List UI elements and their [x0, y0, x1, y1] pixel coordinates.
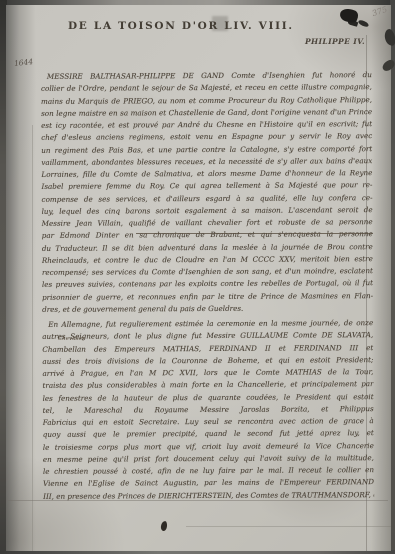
manuscript-line: par Edmond Dinter en sa chronique de Bra…	[42, 228, 373, 242]
right-fold-shadow	[371, 5, 391, 551]
manuscript-paper: 375 DE LA TOISON D'OR LIV. VIII. PHILIPP…	[6, 5, 391, 551]
horizontal-crease	[186, 526, 391, 527]
ink-blot	[338, 7, 359, 25]
manuscript-line: Vienne en l'Eglise de Sainct Augustin, p…	[43, 476, 374, 490]
manuscript-line: III, en presence des Princes de DIERICHT…	[43, 489, 374, 503]
manuscript-line: chef d'esleus anciens regimens, estoit v…	[41, 130, 372, 144]
manuscript-line: traista des plus considerables à main fo…	[42, 378, 373, 392]
ink-spot	[160, 521, 167, 532]
manuscript-scan-page: { "page": { "running_title": "DE LA TOIS…	[0, 0, 395, 554]
header-monarch-label: PHILIPPE IV.	[305, 37, 365, 46]
manuscript-line: les preuves suivies, contenans par les e…	[42, 277, 373, 291]
interlinear-insertion: Chevalier	[58, 336, 85, 342]
manuscript-line: collier de l'Ordre, pendant le sejour de…	[41, 81, 372, 95]
underline-mark	[136, 233, 373, 234]
vertical-crease	[32, 125, 33, 551]
manuscript-line: autres Seigneurs, dont le plus digne fut…	[42, 329, 373, 343]
manuscript-line: dres, et de gouvernement general du pais…	[42, 302, 373, 316]
running-title: DE LA TOISON D'OR LIV. VIII.	[68, 20, 294, 32]
manuscript-line: quoy aussi que le premier precipité, qua…	[43, 427, 374, 441]
ink-blot	[357, 19, 369, 28]
manuscript-text-block: MESSIRE BALTHASAR-PHILIPPE DE GAND Comte…	[41, 69, 374, 502]
manuscript-line: Isabel premiere femme du Roy. Ce qui agr…	[41, 179, 372, 193]
manuscript-line: prisonnier de guerre, et reconnues enfin…	[42, 290, 373, 304]
